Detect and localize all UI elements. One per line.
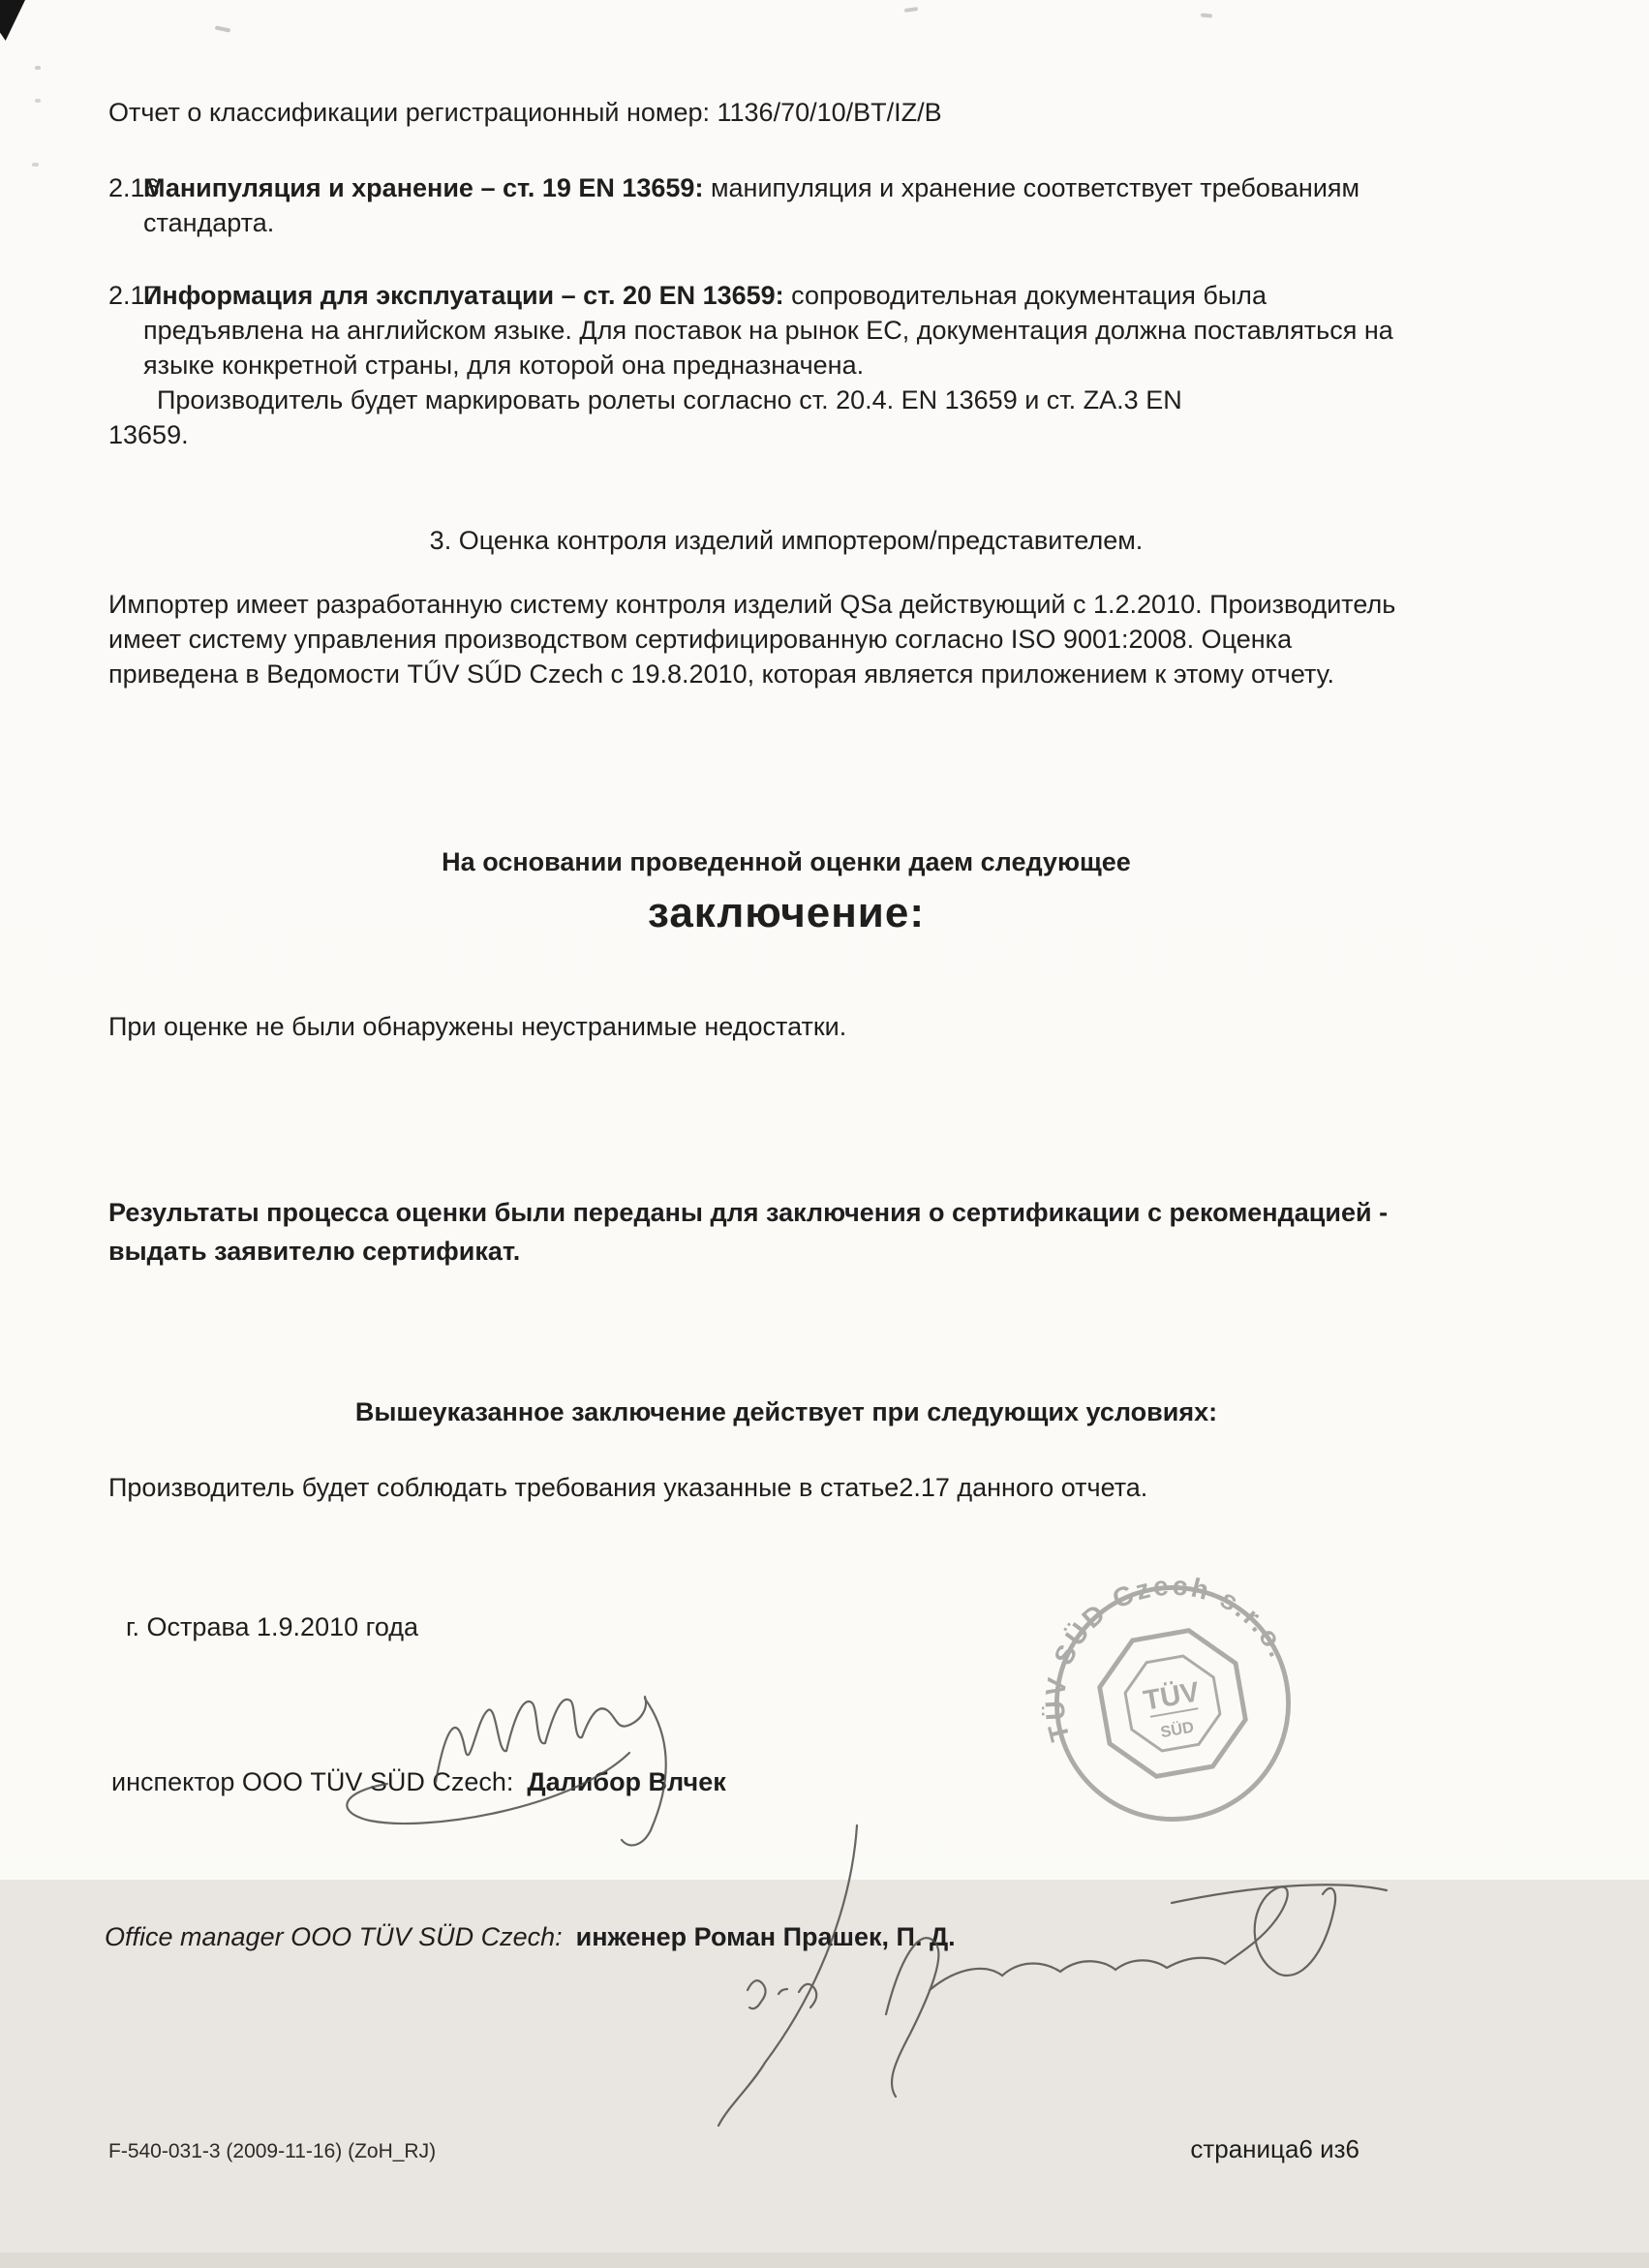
section-hanging-line: 13659. [108, 417, 1430, 452]
signature-stroke [930, 1919, 1276, 1990]
scan-artifact [904, 7, 918, 13]
result-paragraph: Результаты процесса оценки были переданы… [108, 1193, 1406, 1271]
scan-artifact [32, 163, 39, 167]
stamp-logo-top: TÜV [1141, 1675, 1202, 1717]
office-manager-label: Office manager OOO TÜV SÜD Czech: [105, 1922, 563, 1951]
scan-artifact [215, 25, 230, 32]
signature-stroke [347, 1753, 629, 1824]
section-3-paragraph: Импортер имеет разработанную систему кон… [108, 587, 1396, 691]
section-3-heading: 3. Оценка контроля изделий импортером/пр… [108, 523, 1464, 558]
inspector-signature [310, 1685, 717, 1864]
section-2-16: 2.16 Манипуляция и хранение – ст. 19 EN … [108, 170, 1430, 240]
footer: F-540-031-3 (2009-11-16) (ZoH_RJ) страни… [108, 2134, 1359, 2163]
stamp-logo-bottom: SÜD [1159, 1717, 1196, 1741]
office-manager-signature [668, 1811, 1414, 2169]
signature-stroke [886, 1938, 938, 2097]
section-2-17: 2.17 Информация для эксплуатации – ст. 2… [108, 278, 1430, 452]
scan-artifact [1201, 13, 1212, 17]
signature-stroke [748, 1980, 816, 2008]
signature-stroke [436, 1697, 646, 1782]
conclusion-word: заключение: [108, 889, 1464, 937]
finding-paragraph: При оценке не были обнаружены неустраним… [108, 1009, 1406, 1044]
scan-artifact [35, 66, 41, 70]
section-number: 2.17 [108, 278, 160, 313]
page-title: Отчет о классификации регистрационный но… [108, 95, 942, 130]
signature-stroke [622, 1699, 666, 1845]
section-number: 2.16 [108, 170, 160, 205]
conditions-heading: Вышеуказанное заключение действует при с… [108, 1395, 1464, 1429]
conclusion-lead: На основании проведенной оценки даем сле… [108, 844, 1464, 879]
place-date: г. Острава 1.9.2010 года [126, 1609, 418, 1644]
scan-artifact [35, 99, 41, 103]
footer-page-number: страница6 из6 [1190, 2134, 1359, 2163]
signature-stroke [1172, 1885, 1387, 1903]
scanned-document-page: Отчет о классификации регистрационный но… [0, 0, 1649, 2268]
footer-form-number: F-540-031-3 (2009-11-16) (ZoH_RJ) [108, 2140, 436, 2163]
section-body-continued: Производитель будет маркировать ролеты с… [143, 383, 1430, 417]
scan-artifact-corner [0, 0, 25, 41]
section-title: Манипуляция и хранение – ст. 19 EN 13659… [143, 173, 703, 202]
scan-grey-band-edge [0, 2253, 1649, 2268]
section-title: Информация для эксплуатации – ст. 20 EN … [143, 281, 784, 310]
company-stamp: TÜV SÜD Czech s.r.o. TÜV SÜD [1042, 1573, 1303, 1834]
signature-stroke [718, 1825, 857, 2126]
condition-paragraph: Производитель будет соблюдать требования… [108, 1470, 1406, 1505]
